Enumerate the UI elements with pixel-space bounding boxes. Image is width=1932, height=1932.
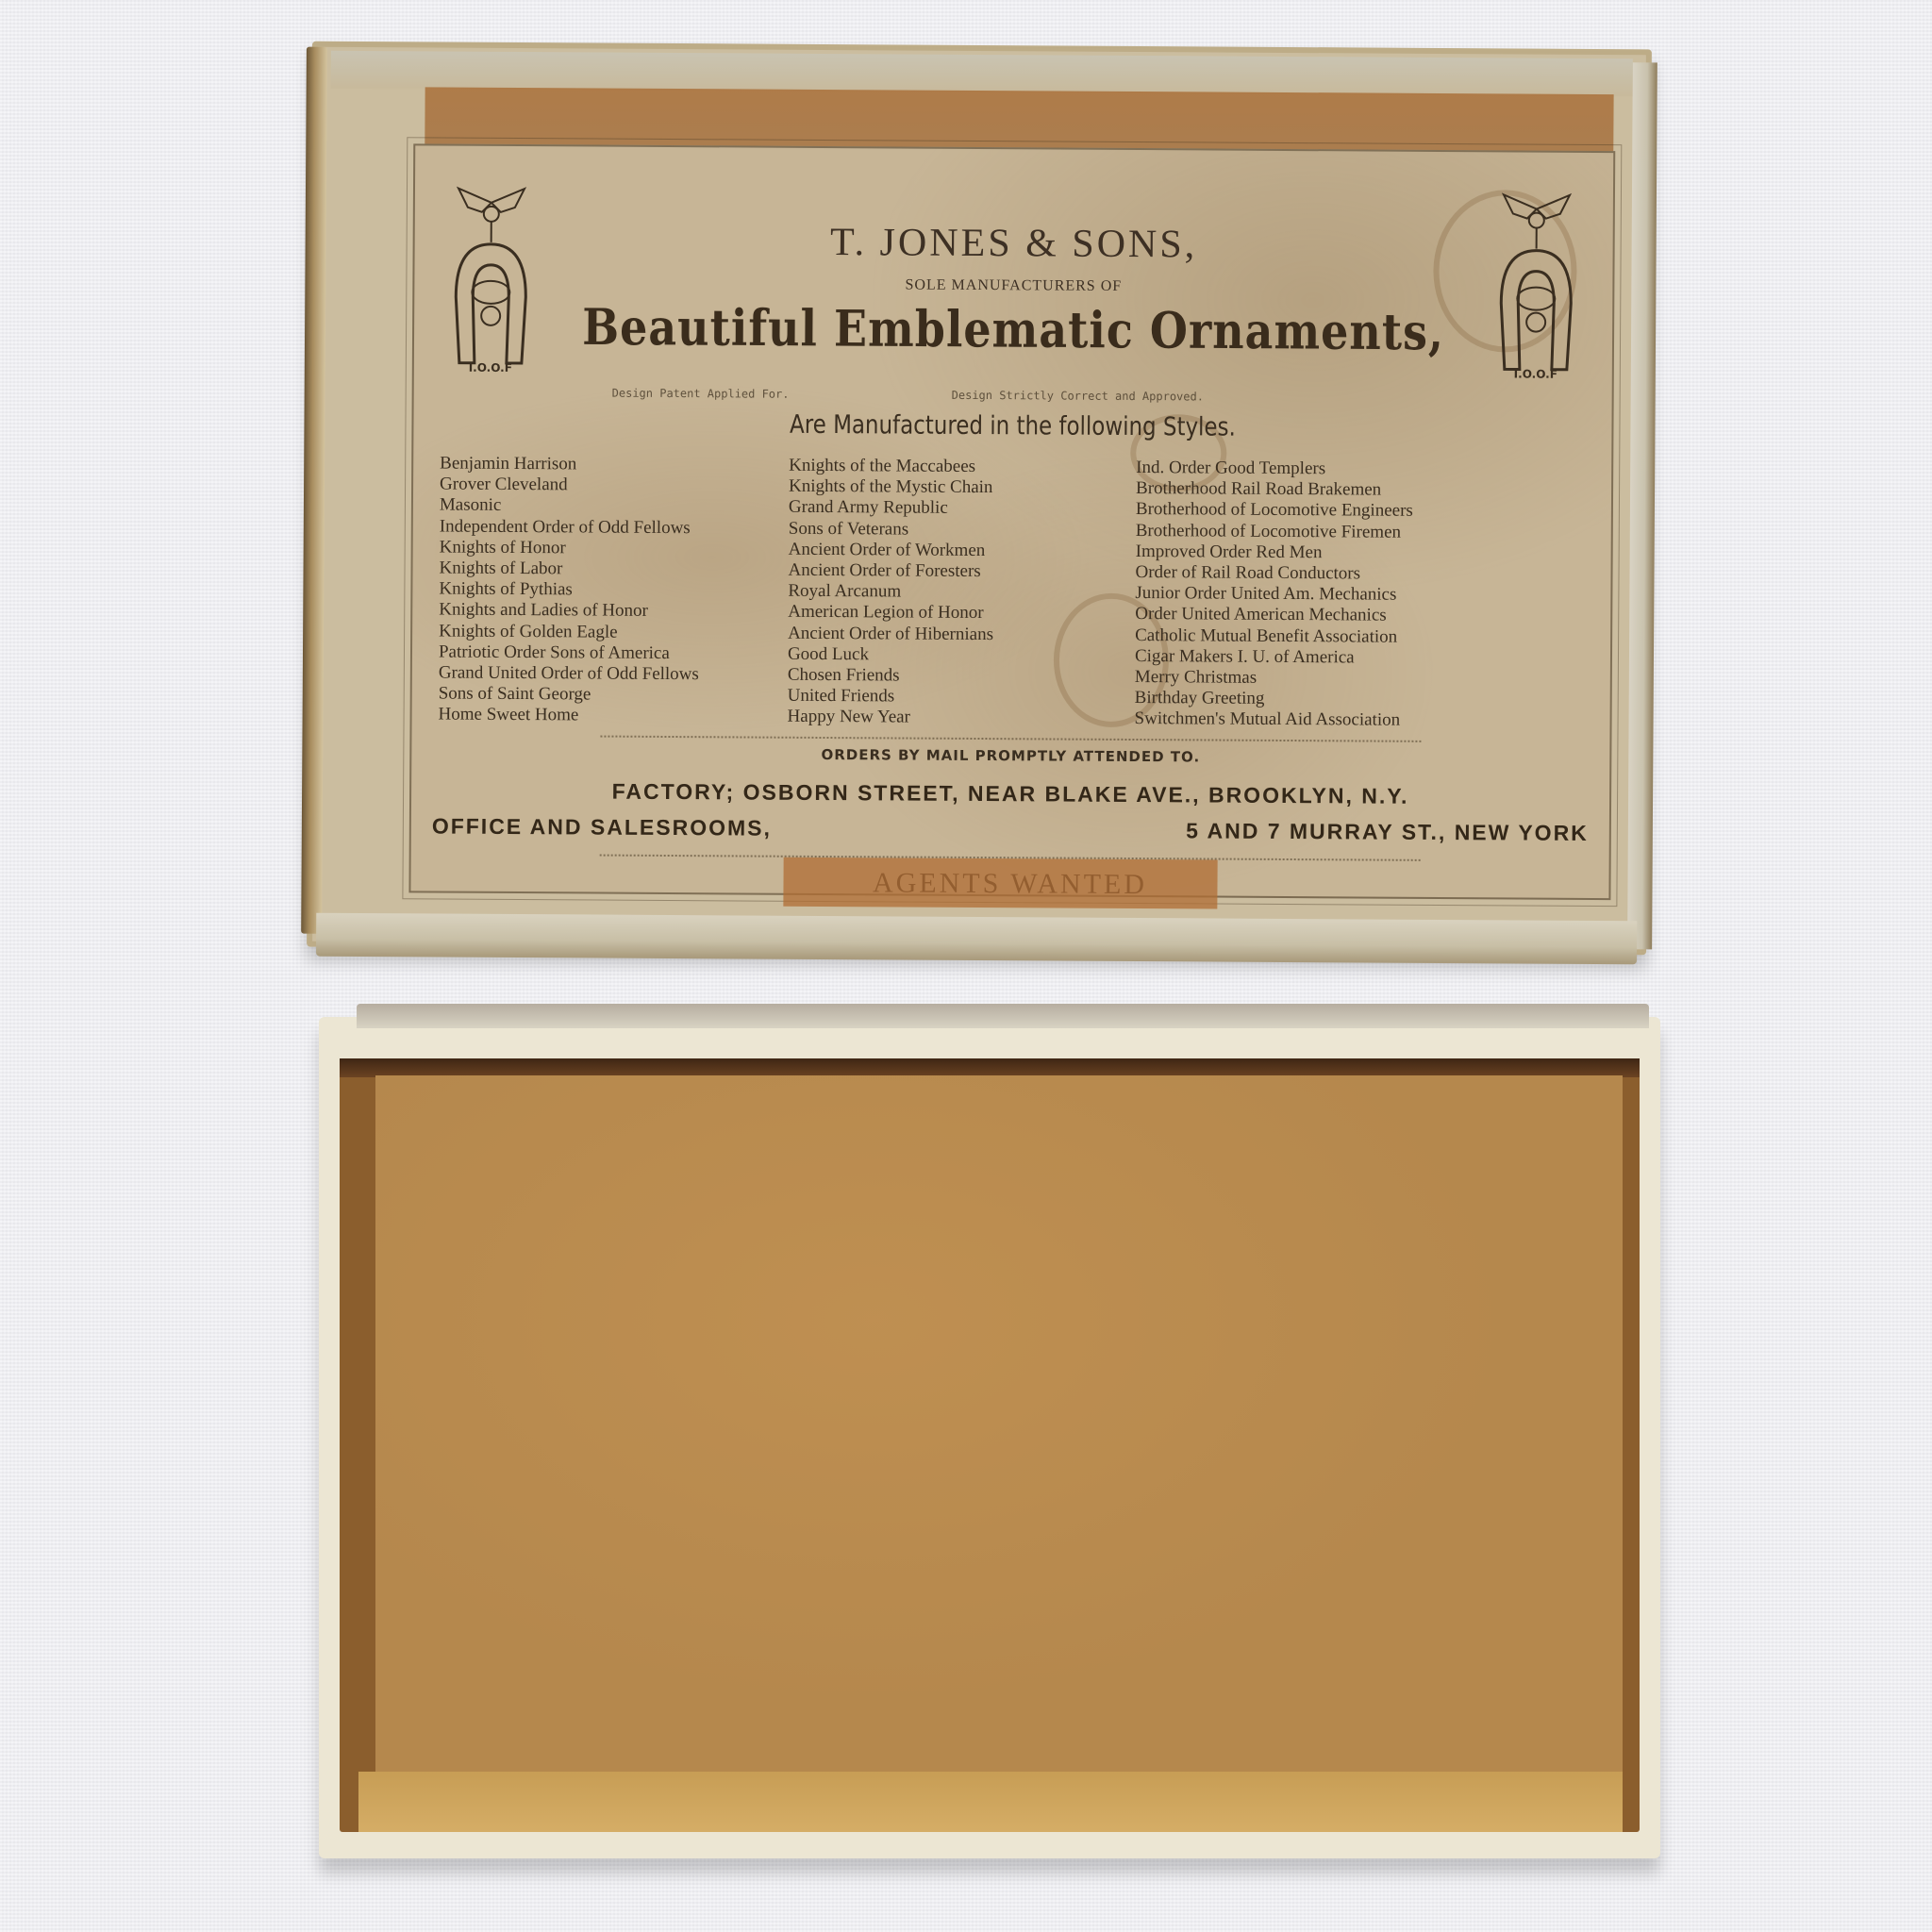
style-item: Sons of Saint George — [439, 684, 699, 707]
style-item: Ancient Order of Foresters — [788, 560, 993, 583]
style-item: Knights of Labor — [439, 558, 699, 581]
interior-floor — [375, 1075, 1623, 1774]
style-item: Sons of Veterans — [789, 518, 994, 541]
base-top-rim — [357, 1004, 1649, 1028]
style-item: Grand United Order of Odd Fellows — [439, 663, 699, 686]
office-line: OFFICE AND SALESROOMS, 5 AND 7 MURRAY ST… — [432, 813, 1589, 845]
style-item: Knights of the Maccabees — [789, 456, 994, 478]
style-item: Junior Order United Am. Mechanics — [1135, 583, 1412, 606]
lid-top-tape — [425, 87, 1613, 153]
styles-column-1: Benjamin Harrison Grover Cleveland Mason… — [439, 454, 701, 727]
style-item: Grand Army Republic — [789, 497, 994, 520]
style-item: Benjamin Harrison — [440, 454, 700, 476]
style-item: Patriotic Order Sons of America — [439, 641, 699, 664]
style-item: Grover Cleveland — [440, 475, 700, 497]
style-item: Ancient Order of Workmen — [789, 540, 994, 562]
style-item: United Friends — [788, 686, 993, 708]
style-item: Catholic Mutual Benefit Association — [1135, 625, 1412, 648]
style-item: Cigar Makers I. U. of America — [1135, 646, 1412, 669]
design-approved-note: Design Strictly Correct and Approved. — [952, 389, 1204, 404]
lid-bottom-tape — [783, 858, 1217, 909]
lid-right-edge — [1627, 62, 1657, 949]
style-item: Brotherhood Rail Road Brakemen — [1136, 478, 1413, 501]
emblem-caption: I.O.O.F — [439, 360, 542, 375]
lid-left-edge — [301, 47, 327, 934]
style-item: Order United American Mechanics — [1135, 604, 1412, 626]
styles-column-2: Knights of the Maccabees Knights of the … — [788, 456, 995, 729]
style-item: Ind. Order Good Templers — [1136, 458, 1413, 480]
style-item: Home Sweet Home — [439, 705, 699, 727]
style-item: American Legion of Honor — [788, 602, 993, 625]
factory-address: FACTORY; OSBORN STREET, NEAR BLAKE AVE.,… — [411, 777, 1609, 810]
style-item: Order of Rail Road Conductors — [1135, 562, 1412, 585]
style-item: Good Luck — [788, 644, 993, 667]
style-item: Knights of Honor — [440, 537, 700, 559]
orders-by-mail-line: ORDERS BY MAIL PROMPTLY ATTENDED TO. — [411, 743, 1609, 768]
headline: Beautiful Emblematic Ornaments, — [414, 296, 1612, 362]
style-item: Ancient Order of Hibernians — [788, 623, 993, 645]
emblem-caption: I.O.O.F — [1484, 367, 1588, 381]
office-label: OFFICE AND SALESROOMS, — [432, 813, 772, 841]
office-address: 5 AND 7 MURRAY ST., NEW YORK — [1186, 818, 1589, 846]
lid-bottom-edge — [316, 913, 1637, 965]
base-interior — [340, 1058, 1640, 1832]
printed-label: I.O.O.F I.O.O.F T. JONES & SONS, SOLE MA… — [408, 143, 1615, 900]
design-patent-note: Design Patent Applied For. — [612, 387, 790, 401]
style-item: Brotherhood of Locomotive Engineers — [1136, 499, 1413, 522]
dotted-divider — [600, 736, 1421, 742]
styles-column-3: Ind. Order Good Templers Brotherhood Rai… — [1135, 458, 1414, 731]
style-item: Improved Order Red Men — [1136, 541, 1413, 564]
company-name: T. JONES & SONS, — [415, 217, 1613, 270]
style-item: Chosen Friends — [788, 665, 993, 688]
style-item: Knights of the Mystic Chain — [789, 476, 994, 499]
style-item: Brotherhood of Locomotive Firemen — [1136, 521, 1413, 543]
box-base — [319, 1017, 1660, 1858]
style-item: Merry Christmas — [1135, 667, 1412, 690]
style-item: Masonic — [440, 495, 700, 518]
style-item: Switchmen's Mutual Aid Association — [1135, 708, 1412, 731]
style-item: Birthday Greeting — [1135, 688, 1412, 710]
interior-bottom-wall — [358, 1772, 1623, 1832]
style-item: Knights and Ladies of Honor — [439, 600, 699, 623]
style-item: Independent Order of Odd Fellows — [440, 516, 700, 539]
interior-top-shadow — [340, 1058, 1640, 1077]
styles-heading: Are Manufactured in the following Styles… — [504, 408, 1523, 444]
style-item: Knights of Golden Eagle — [439, 621, 699, 643]
style-item: Happy New Year — [788, 707, 993, 729]
style-item: Royal Arcanum — [788, 581, 993, 604]
style-item: Knights of Pythias — [439, 579, 699, 602]
box-lid: I.O.O.F I.O.O.F T. JONES & SONS, SOLE MA… — [307, 42, 1652, 956]
